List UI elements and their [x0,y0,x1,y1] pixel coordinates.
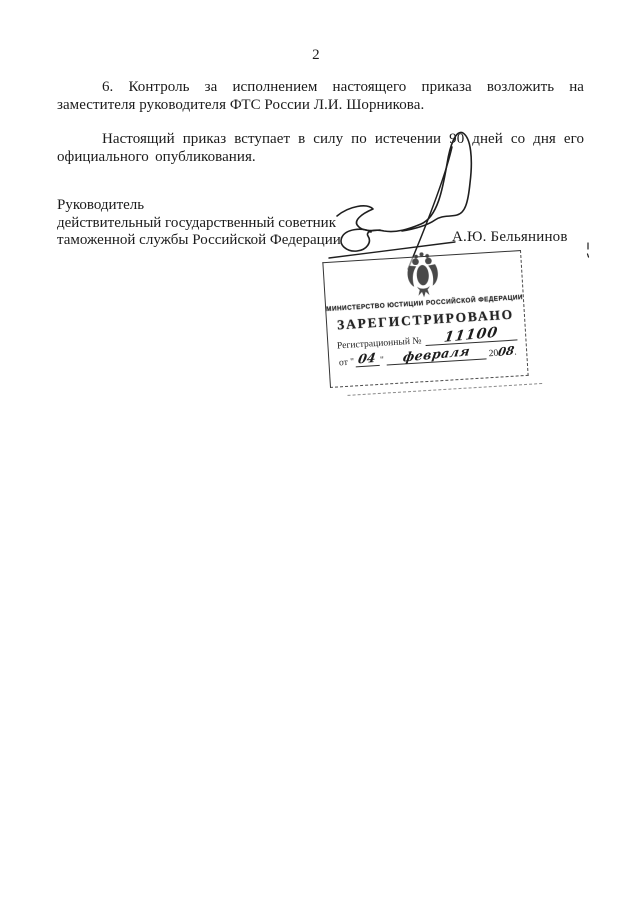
signature-title-line-1: Руководитель [57,197,341,215]
stamp-date-day-field: 04 [355,352,380,367]
signature-title-line-3: таможенной службы Российской Федерации [57,232,341,250]
signature-title-block: Руководитель действительный государствен… [57,197,341,250]
stamp-date-day-value: 04 [357,352,376,365]
stamp-date-quote: " [380,355,385,366]
stamp-date-month-value: февраля [402,345,471,363]
registration-stamp: МИНИСТЕРСТВО ЮСТИЦИИ РОССИЙСКОЙ ФЕДЕРАЦИ… [322,250,528,388]
paragraph-control: 6. Контроль за исполнением настоящего пр… [57,79,584,114]
ministry-emblem-eagle-icon [403,251,443,301]
stamp-date-month-field: февраля [386,345,488,365]
signer-name: А.Ю. Бельянинов [452,229,568,246]
page-number: 2 [0,47,632,64]
stamp-date-year-hand: 08 [497,343,515,359]
document-page: 2 6. Контроль за исполнением настоящего … [0,0,640,900]
stamp-reg-number-value: 11100 [443,328,499,344]
signature-title-line-2: действительный государственный советник [57,215,341,233]
paragraph-entry-into-force: Настоящий приказ вступает в силу по исте… [57,131,584,166]
stamp-date-prefix: от " [339,356,355,368]
registration-stamp-content: МИНИСТЕРСТВО ЮСТИЦИИ РОССИЙСКОЙ ФЕДЕРАЦИ… [323,251,527,387]
